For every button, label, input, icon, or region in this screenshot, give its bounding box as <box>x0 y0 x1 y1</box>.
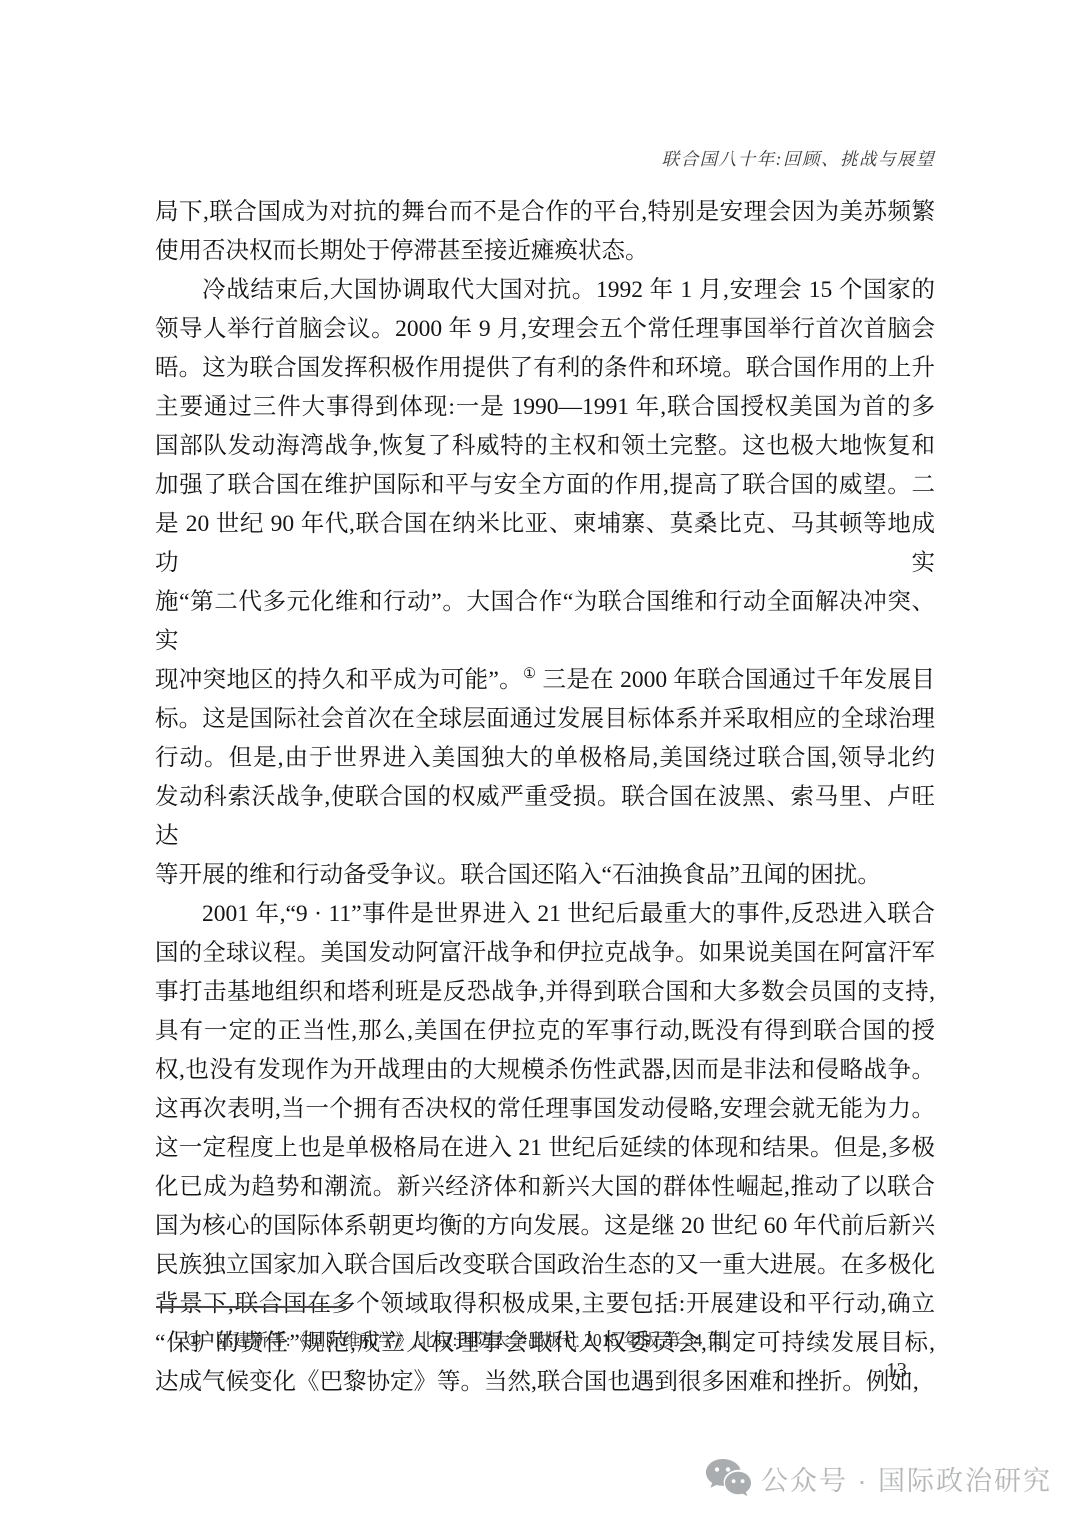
watermark-label: 公众号 · 国际政治研究 <box>761 1459 1052 1498</box>
body-line: 国为核心的国际体系朝更均衡的方向发展。这是继 20 世纪 60 年代前后新兴 <box>155 1207 935 1246</box>
footnote-separator <box>156 1306 346 1308</box>
body-line: 达成气候变化《巴黎协定》等。当然,联合国也遇到很多困难和挫折。例如, <box>155 1363 935 1402</box>
body-line: 背景下,联合国在多个领域取得积极成果,主要包括:开展建设和平行动,确立 <box>155 1285 935 1324</box>
body-line: 使用否决权而长期处于停滞甚至接近瘫痪状态。 <box>155 232 935 271</box>
body-line: 国部队发动海湾战争,恢复了科威特的主权和领土完整。这也极大地恢复和 <box>155 427 935 466</box>
document-page: 联合国八十年:回顾、挑战与展望 局下,联合国成为对抗的舞台而不是合作的平台,特别… <box>0 0 1080 1527</box>
body-line: 发动科索沃战争,使联合国的权威严重受损。联合国在波黑、索马里、卢旺达 <box>155 778 935 856</box>
body-line: 事打击基地组织和塔利班是反恐战争,并得到联合国和大多数会员国的支持, <box>155 973 935 1012</box>
body-line: 国的全球议程。美国发动阿富汗战争和伊拉克战争。如果说美国在阿富汗军 <box>155 934 935 973</box>
wechat-icon <box>705 1458 751 1498</box>
body-line: 权,也没有发现作为开战理由的大规模杀伤性武器,因而是非法和侵略战争。 <box>155 1051 935 1090</box>
body-line: 现冲突地区的持久和平成为可能”。① 三是在 2000 年联合国通过千年发展目 <box>155 661 935 700</box>
body-line: 冷战结束后,大国协调取代大国对抗。1992 年 1 月,安理会 15 个国家的 <box>155 271 935 310</box>
body-line: 等开展的维和行动备受争议。联合国还陷入“石油换食品”丑闻的困扰。 <box>155 856 935 895</box>
body-line: 具有一定的正当性,那么,美国在伊拉克的军事行动,既没有得到联合国的授 <box>155 1012 935 1051</box>
watermark: 公众号 · 国际政治研究 <box>705 1458 1052 1498</box>
body-line: 这一定程度上也是单极格局在进入 21 世纪后延续的体现和结果。但是,多极 <box>155 1129 935 1168</box>
body-text: 局下,联合国成为对抗的舞台而不是合作的平台,特别是安理会因为美苏频繁使用否决权而… <box>155 193 935 1402</box>
body-line: 这再次表明,当一个拥有否决权的常任理事国发动侵略,安理会就无能为力。 <box>155 1090 935 1129</box>
body-line: 施“第二代多元化维和行动”。大国合作“为联合国维和行动全面解决冲突、实 <box>155 583 935 661</box>
footnote-marker: ① <box>186 1330 202 1350</box>
body-line: 行动。但是,由于世界进入美国独大的单极格局,美国绕过联合国,领导北约 <box>155 739 935 778</box>
running-header: 联合国八十年:回顾、挑战与展望 <box>155 146 935 171</box>
body-line: 领导人举行首脑会议。2000 年 9 月,安理会五个常任理事国举行首次首脑会 <box>155 310 935 349</box>
body-line: 标。这是国际社会首次在全球层面通过发展目标体系并采取相应的全球治理 <box>155 700 935 739</box>
body-line: 2001 年,“9 · 11”事件是世界进入 21 世纪后最重大的事件,反恐进入… <box>155 895 935 934</box>
body-line: 民族独立国家加入联合国后改变联合国政治生态的又一重大进展。在多极化 <box>155 1246 935 1285</box>
body-line: 加强了联合国在维护国际和平与安全方面的作用,提高了联合国的威望。二 <box>155 466 935 505</box>
body-line: 是 20 世纪 90 年代,联合国在纳米比亚、柬埔寨、莫桑比克、马其顿等地成功实 <box>155 505 935 583</box>
footnote-ref-marker: ① <box>523 666 536 682</box>
body-line: 主要通过三件大事得到体现:一是 1990—1991 年,联合国授权美国为首的多 <box>155 388 935 427</box>
footnote: ①陆建新等:《国际维和学》,北京:国防大学出版社 2015 年版,第 34 页。 <box>186 1327 906 1353</box>
body-line: 晤。这为联合国发挥积极作用提供了有利的条件和环境。联合国作用的上升 <box>155 349 935 388</box>
body-line: 局下,联合国成为对抗的舞台而不是合作的平台,特别是安理会因为美苏频繁 <box>155 193 935 232</box>
page-number: 13 <box>886 1358 907 1383</box>
footnote-text: 陆建新等:《国际维和学》,北京:国防大学出版社 2015 年版,第 34 页。 <box>216 1330 742 1350</box>
body-line: 化已成为趋势和潮流。新兴经济体和新兴大国的群体性崛起,推动了以联合 <box>155 1168 935 1207</box>
